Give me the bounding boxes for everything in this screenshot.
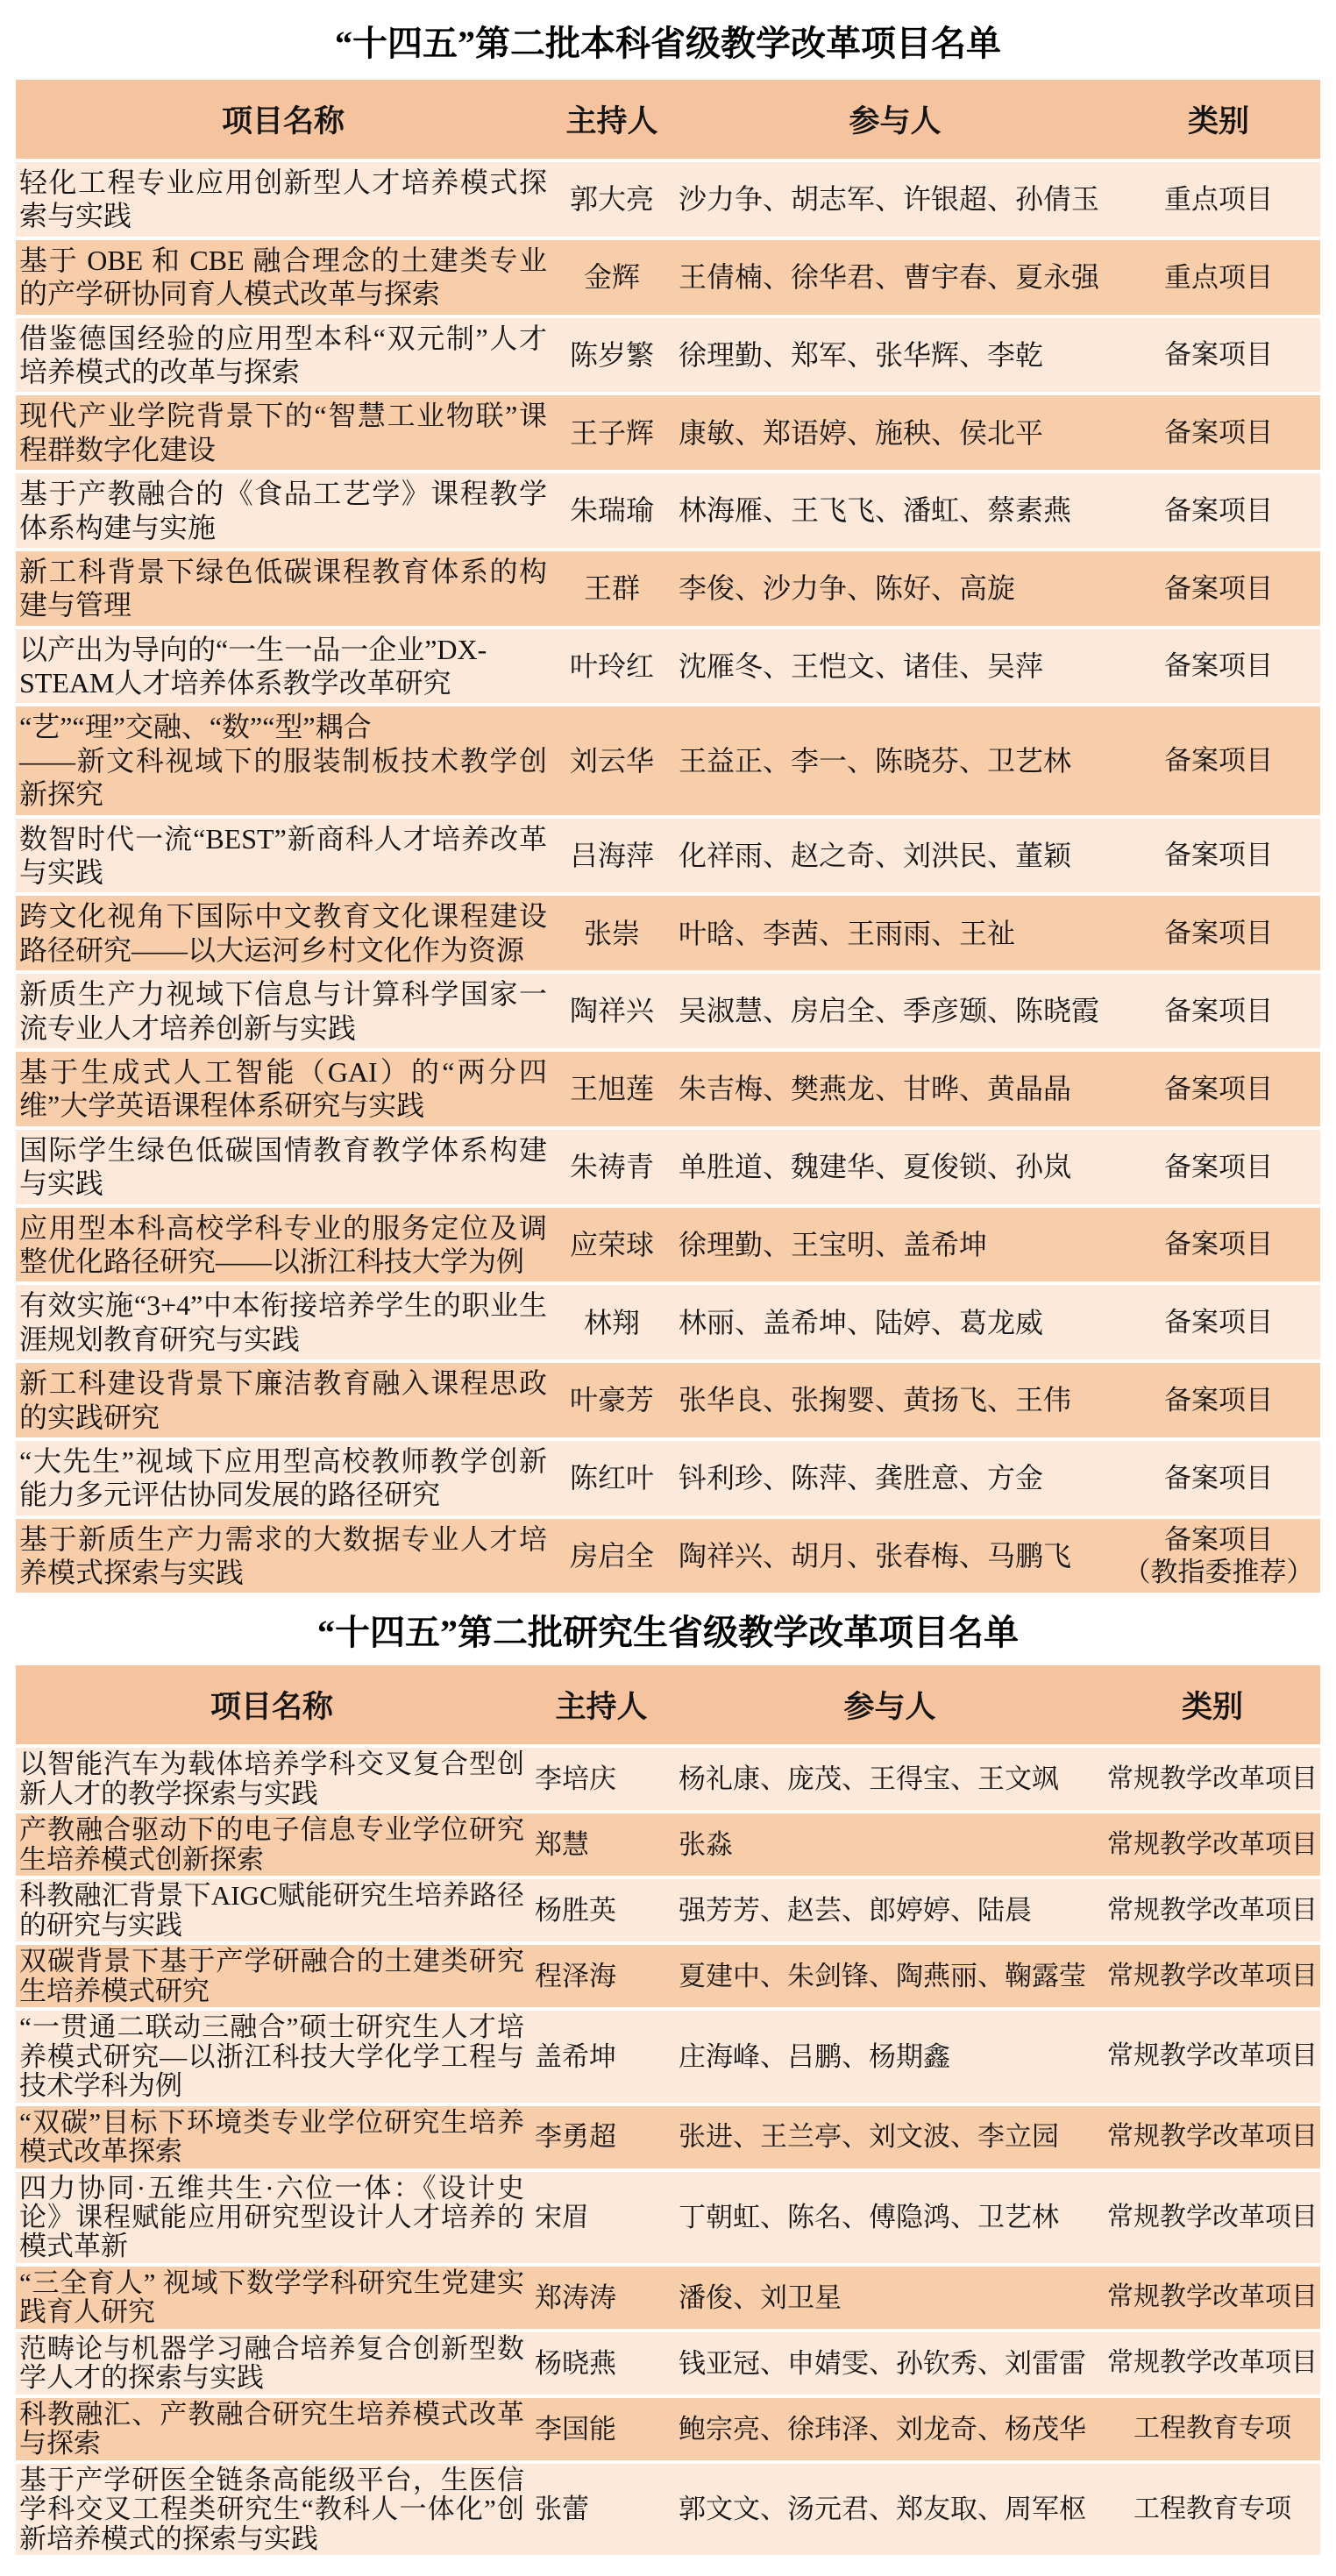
host-cell: 朱祷青: [551, 1130, 673, 1204]
participants-cell: 丁朝虹、陈名、傅隐鸿、卫艺林: [675, 2172, 1105, 2263]
host-cell: 房启全: [551, 1519, 673, 1593]
table-row: 基于生成式人工智能（GAI）的“两分四维”大学英语课程体系研究与实践王旭莲朱吉梅…: [16, 1052, 1320, 1126]
participants-cell: 林丽、盖希坤、陆婷、葛龙威: [673, 1285, 1117, 1359]
category-cell: 备案项目: [1117, 974, 1320, 1048]
participants-cell: 陶祥兴、胡月、张春梅、马鹏飞: [673, 1519, 1117, 1593]
category-cell: 备案项目: [1117, 1052, 1320, 1126]
host-cell: 郑慧: [528, 1813, 675, 1876]
participants-cell: 叶晗、李茜、王雨雨、王祉: [673, 896, 1117, 970]
category-cell: 常规教学改革项目: [1105, 1945, 1320, 2007]
category-cell: 备案项目: [1117, 1130, 1320, 1204]
project-name-cell: “双碳”目标下环境类专业学位研究生培养模式改革探索: [16, 2106, 528, 2168]
host-cell: 张蕾: [528, 2464, 675, 2555]
participants-cell: 沙力争、胡志军、许银超、孙倩玉: [673, 162, 1117, 237]
host-cell: 王群: [551, 551, 673, 626]
column-header-project: 项目名称: [16, 1665, 528, 1744]
project-name-cell: “三全育人” 视域下数学学科研究生党建实践育人研究: [16, 2267, 528, 2329]
table-row: 新工科背景下绿色低碳课程教育体系的构建与管理王群李俊、沙力争、陈好、高旋备案项目: [16, 551, 1320, 626]
column-header-category: 类别: [1117, 80, 1320, 159]
project-name-cell: 基于新质生产力需求的大数据专业人才培养模式探索与实践: [16, 1519, 551, 1593]
table-row: 借鉴德国经验的应用型本科“双元制”人才培养模式的改革与探索陈岁繁徐理勤、郑军、张…: [16, 318, 1320, 393]
participants-cell: 钭利珍、陈萍、龚胜意、方金: [673, 1441, 1117, 1515]
participants-cell: 强芳芳、赵芸、郎婷婷、陆晨: [675, 1879, 1105, 1941]
undergraduate-table-title: “十四五”第二批本科省级教学改革项目名单: [16, 11, 1320, 76]
project-name-cell: 基于生成式人工智能（GAI）的“两分四维”大学英语课程体系研究与实践: [16, 1052, 551, 1126]
category-cell: 备案项目: [1117, 1363, 1320, 1437]
column-header-category: 类别: [1105, 1665, 1320, 1744]
table-row: “艺”“理”交融、“数”“型”耦合 ——新文科视域下的服装制板技术教学创新探究刘…: [16, 706, 1320, 814]
table-row: 基于产教融合的《食品工艺学》课程教学体系构建与实施朱瑞瑜林海雁、王飞飞、潘虹、蔡…: [16, 473, 1320, 548]
host-cell: 郑涛涛: [528, 2267, 675, 2329]
host-cell: 朱瑞瑜: [551, 473, 673, 548]
host-cell: 陈岁繁: [551, 318, 673, 393]
host-cell: 张崇: [551, 896, 673, 970]
project-name-cell: 科教融汇、产教融合研究生培养模式改革与探索: [16, 2398, 528, 2460]
host-cell: 陶祥兴: [551, 974, 673, 1048]
participants-cell: 杨礼康、庞茂、王得宝、王文飒: [675, 1748, 1105, 1810]
table-row: 基于产学研医全链条高能级平台，生医信学科交叉工程类研究生“教科人一体化”创新培养…: [16, 2464, 1320, 2555]
project-name-cell: 数智时代一流“BEST”新商科人才培养改革与实践: [16, 819, 551, 893]
project-name-cell: 新质生产力视域下信息与计算科学国家一流专业人才培养创新与实践: [16, 974, 551, 1048]
project-name-cell: “大先生”视域下应用型高校教师教学创新能力多元评估协同发展的路径研究: [16, 1441, 551, 1515]
participants-cell: 林海雁、王飞飞、潘虹、蔡素燕: [673, 473, 1117, 548]
project-name-cell: 基于产学研医全链条高能级平台，生医信学科交叉工程类研究生“教科人一体化”创新培养…: [16, 2464, 528, 2555]
project-name-cell: 基于 OBE 和 CBE 融合理念的土建类专业的产学研协同育人模式改革与探索: [16, 240, 551, 315]
participants-cell: 张华良、张掬婴、黄扬飞、王伟: [673, 1363, 1117, 1437]
participants-cell: 庄海峰、吕鹏、杨期鑫: [675, 2011, 1105, 2102]
project-name-cell: 跨文化视角下国际中文教育文化课程建设路径研究——以大运河乡村文化作为资源: [16, 896, 551, 970]
graduate-table-title: “十四五”第二批研究生省级教学改革项目名单: [16, 1596, 1320, 1662]
category-cell: 备案项目: [1117, 395, 1320, 470]
section-undergraduate-projects: “十四五”第二批本科省级教学改革项目名单 项目名称 主持人 参与人 类别 轻化工…: [16, 11, 1320, 1596]
category-cell: 常规教学改革项目: [1105, 2011, 1320, 2102]
project-name-cell: 科教融汇背景下AIGC赋能研究生培养路径的研究与实践: [16, 1879, 528, 1941]
undergraduate-projects-table: 项目名称 主持人 参与人 类别 轻化工程专业应用创新型人才培养模式探索与实践郭大…: [16, 76, 1320, 1596]
category-cell: 备案项目: [1117, 629, 1320, 704]
category-cell: 备案项目 （教指委推荐）: [1117, 1519, 1320, 1593]
participants-cell: 李俊、沙力争、陈好、高旋: [673, 551, 1117, 626]
category-cell: 常规教学改革项目: [1105, 1748, 1320, 1810]
project-name-cell: 范畴论与机器学习融合培养复合创新型数学人才的探索与实践: [16, 2332, 528, 2395]
project-name-cell: “一贯通二联动三融合”硕士研究生人才培养模式研究—以浙江科技大学化学工程与技术学…: [16, 2011, 528, 2102]
participants-cell: 张进、王兰亭、刘文波、李立园: [675, 2106, 1105, 2168]
host-cell: 陈红叶: [551, 1441, 673, 1515]
host-cell: 林翔: [551, 1285, 673, 1359]
table-row: 跨文化视角下国际中文教育文化课程建设路径研究——以大运河乡村文化作为资源张崇叶晗…: [16, 896, 1320, 970]
host-cell: 程泽海: [528, 1945, 675, 2007]
table-row: 科教融汇、产教融合研究生培养模式改革与探索李国能鲍宗亮、徐玮泽、刘龙奇、杨茂华工…: [16, 2398, 1320, 2460]
project-name-cell: 有效实施“3+4”中本衔接培养学生的职业生涯规划教育研究与实践: [16, 1285, 551, 1359]
category-cell: 常规教学改革项目: [1105, 1813, 1320, 1876]
graduate-projects-table: 项目名称 主持人 参与人 类别 以智能汽车为载体培养学科交叉复合型创新人才的教学…: [16, 1662, 1320, 2558]
table-row: “大先生”视域下应用型高校教师教学创新能力多元评估协同发展的路径研究陈红叶钭利珍…: [16, 1441, 1320, 1515]
host-cell: 盖希坤: [528, 2011, 675, 2102]
table-row: “一贯通二联动三融合”硕士研究生人才培养模式研究—以浙江科技大学化学工程与技术学…: [16, 2011, 1320, 2102]
host-cell: 宋眉: [528, 2172, 675, 2263]
host-cell: 李勇超: [528, 2106, 675, 2168]
project-name-cell: 四力协同·五维共生·六位一体：《设计史论》课程赋能应用研究型设计人才培养的模式革…: [16, 2172, 528, 2263]
category-cell: 备案项目: [1117, 1285, 1320, 1359]
category-cell: 常规教学改革项目: [1105, 2332, 1320, 2395]
table-row: 数智时代一流“BEST”新商科人才培养改革与实践吕海萍化祥雨、赵之奇、刘洪民、董…: [16, 819, 1320, 893]
graduate-table-body: 以智能汽车为载体培养学科交叉复合型创新人才的教学探索与实践李培庆杨礼康、庞茂、王…: [16, 1748, 1320, 2555]
document-page: “十四五”第二批本科省级教学改革项目名单 项目名称 主持人 参与人 类别 轻化工…: [0, 0, 1336, 2576]
column-header-host: 主持人: [551, 80, 673, 159]
project-name-cell: 国际学生绿色低碳国情教育教学体系构建与实践: [16, 1130, 551, 1204]
project-name-cell: 双碳背景下基于产学研融合的土建类研究生培养模式研究: [16, 1945, 528, 2007]
category-cell: 重点项目: [1117, 240, 1320, 315]
category-cell: 备案项目: [1117, 1441, 1320, 1515]
participants-cell: 徐理勤、郑军、张华辉、李乾: [673, 318, 1117, 393]
participants-cell: 鲍宗亮、徐玮泽、刘龙奇、杨茂华: [675, 2398, 1105, 2460]
table-row: 双碳背景下基于产学研融合的土建类研究生培养模式研究程泽海夏建中、朱剑锋、陶燕丽、…: [16, 1945, 1320, 2007]
table-row: 基于新质生产力需求的大数据专业人才培养模式探索与实践房启全陶祥兴、胡月、张春梅、…: [16, 1519, 1320, 1593]
table-row: 轻化工程专业应用创新型人才培养模式探索与实践郭大亮沙力争、胡志军、许银超、孙倩玉…: [16, 162, 1320, 237]
host-cell: 金辉: [551, 240, 673, 315]
host-cell: 王子辉: [551, 395, 673, 470]
participants-cell: 夏建中、朱剑锋、陶燕丽、鞠露莹: [675, 1945, 1105, 2007]
table-row: 范畴论与机器学习融合培养复合创新型数学人才的探索与实践杨晓燕钱亚冠、申婧雯、孙钦…: [16, 2332, 1320, 2395]
participants-cell: 化祥雨、赵之奇、刘洪民、董颖: [673, 819, 1117, 893]
project-name-cell: 轻化工程专业应用创新型人才培养模式探索与实践: [16, 162, 551, 237]
category-cell: 备案项目: [1117, 706, 1320, 814]
table-row: 基于 OBE 和 CBE 融合理念的土建类专业的产学研协同育人模式改革与探索金辉…: [16, 240, 1320, 315]
participants-cell: 康敏、郑语婷、施秧、侯北平: [673, 395, 1117, 470]
table-row: 以产出为导向的“一生一品一企业”DX- STEAM人才培养体系教学改革研究叶玲红…: [16, 629, 1320, 704]
host-cell: 杨胜英: [528, 1879, 675, 1941]
participants-cell: 潘俊、刘卫星: [675, 2267, 1105, 2329]
project-name-cell: “艺”“理”交融、“数”“型”耦合 ——新文科视域下的服装制板技术教学创新探究: [16, 706, 551, 814]
host-cell: 王旭莲: [551, 1052, 673, 1126]
column-header-host: 主持人: [528, 1665, 675, 1744]
category-cell: 备案项目: [1117, 318, 1320, 393]
project-name-cell: 以智能汽车为载体培养学科交叉复合型创新人才的教学探索与实践: [16, 1748, 528, 1810]
project-name-cell: 新工科建设背景下廉洁教育融入课程思政的实践研究: [16, 1363, 551, 1437]
category-cell: 备案项目: [1117, 819, 1320, 893]
table-row: 国际学生绿色低碳国情教育教学体系构建与实践朱祷青单胜道、魏建华、夏俊锁、孙岚备案…: [16, 1130, 1320, 1204]
participants-cell: 徐理勤、王宝明、盖希坤: [673, 1208, 1117, 1282]
project-name-cell: 现代产业学院背景下的“智慧工业物联”课程群数字化建设: [16, 395, 551, 470]
participants-cell: 张淼: [675, 1813, 1105, 1876]
project-name-cell: 应用型本科高校学科专业的服务定位及调整优化路径研究——以浙江科技大学为例: [16, 1208, 551, 1282]
category-cell: 备案项目: [1117, 896, 1320, 970]
participants-cell: 钱亚冠、申婧雯、孙钦秀、刘雷雷: [675, 2332, 1105, 2395]
participants-cell: 沈雁冬、王恺文、诸佳、吴萍: [673, 629, 1117, 704]
table-row: 产教融合驱动下的电子信息专业学位研究生培养模式创新探索郑慧张淼常规教学改革项目: [16, 1813, 1320, 1876]
column-header-participants: 参与人: [673, 80, 1117, 159]
table-row: 以智能汽车为载体培养学科交叉复合型创新人才的教学探索与实践李培庆杨礼康、庞茂、王…: [16, 1748, 1320, 1810]
project-name-cell: 基于产教融合的《食品工艺学》课程教学体系构建与实施: [16, 473, 551, 548]
table-row: 应用型本科高校学科专业的服务定位及调整优化路径研究——以浙江科技大学为例应荣球徐…: [16, 1208, 1320, 1282]
table-row: 新工科建设背景下廉洁教育融入课程思政的实践研究叶豪芳张华良、张掬婴、黄扬飞、王伟…: [16, 1363, 1320, 1437]
host-cell: 郭大亮: [551, 162, 673, 237]
host-cell: 李培庆: [528, 1748, 675, 1810]
participants-cell: 王益正、李一、陈晓芬、卫艺林: [673, 706, 1117, 814]
table-row: 科教融汇背景下AIGC赋能研究生培养路径的研究与实践杨胜英强芳芳、赵芸、郎婷婷、…: [16, 1879, 1320, 1941]
table-row: 新质生产力视域下信息与计算科学国家一流专业人才培养创新与实践陶祥兴吴淑慧、房启全…: [16, 974, 1320, 1048]
category-cell: 备案项目: [1117, 473, 1320, 548]
header-row: 项目名称 主持人 参与人 类别: [16, 1665, 1320, 1744]
host-cell: 刘云华: [551, 706, 673, 814]
category-cell: 常规教学改革项目: [1105, 2106, 1320, 2168]
table-row: “双碳”目标下环境类专业学位研究生培养模式改革探索李勇超张进、王兰亭、刘文波、李…: [16, 2106, 1320, 2168]
table-row: 现代产业学院背景下的“智慧工业物联”课程群数字化建设王子辉康敏、郑语婷、施秧、侯…: [16, 395, 1320, 470]
host-cell: 吕海萍: [551, 819, 673, 893]
host-cell: 应荣球: [551, 1208, 673, 1282]
participants-cell: 吴淑慧、房启全、季彦颋、陈晓霞: [673, 974, 1117, 1048]
column-header-participants: 参与人: [675, 1665, 1105, 1744]
project-name-cell: 新工科背景下绿色低碳课程教育体系的构建与管理: [16, 551, 551, 626]
category-cell: 重点项目: [1117, 162, 1320, 237]
project-name-cell: 产教融合驱动下的电子信息专业学位研究生培养模式创新探索: [16, 1813, 528, 1876]
category-cell: 备案项目: [1117, 1208, 1320, 1282]
section-graduate-projects: “十四五”第二批研究生省级教学改革项目名单 项目名称 主持人 参与人 类别 以智…: [16, 1596, 1320, 2558]
column-header-project: 项目名称: [16, 80, 551, 159]
host-cell: 杨晓燕: [528, 2332, 675, 2395]
table-row: 四力协同·五维共生·六位一体：《设计史论》课程赋能应用研究型设计人才培养的模式革…: [16, 2172, 1320, 2263]
category-cell: 常规教学改革项目: [1105, 2172, 1320, 2263]
table-row: 有效实施“3+4”中本衔接培养学生的职业生涯规划教育研究与实践林翔林丽、盖希坤、…: [16, 1285, 1320, 1359]
category-cell: 工程教育专项: [1105, 2464, 1320, 2555]
host-cell: 叶玲红: [551, 629, 673, 704]
host-cell: 叶豪芳: [551, 1363, 673, 1437]
participants-cell: 单胜道、魏建华、夏俊锁、孙岚: [673, 1130, 1117, 1204]
participants-cell: 朱吉梅、樊燕龙、甘晔、黄晶晶: [673, 1052, 1117, 1126]
project-name-cell: 借鉴德国经验的应用型本科“双元制”人才培养模式的改革与探索: [16, 318, 551, 393]
category-cell: 工程教育专项: [1105, 2398, 1320, 2460]
category-cell: 常规教学改革项目: [1105, 1879, 1320, 1941]
category-cell: 常规教学改革项目: [1105, 2267, 1320, 2329]
host-cell: 李国能: [528, 2398, 675, 2460]
header-row: 项目名称 主持人 参与人 类别: [16, 80, 1320, 159]
table-row: “三全育人” 视域下数学学科研究生党建实践育人研究郑涛涛潘俊、刘卫星常规教学改革…: [16, 2267, 1320, 2329]
category-cell: 备案项目: [1117, 551, 1320, 626]
project-name-cell: 以产出为导向的“一生一品一企业”DX- STEAM人才培养体系教学改革研究: [16, 629, 551, 704]
participants-cell: 郭文文、汤元君、郑友取、周军枢: [675, 2464, 1105, 2555]
participants-cell: 王倩楠、徐华君、曹宇春、夏永强: [673, 240, 1117, 315]
undergraduate-table-body: 轻化工程专业应用创新型人才培养模式探索与实践郭大亮沙力争、胡志军、许银超、孙倩玉…: [16, 162, 1320, 1593]
